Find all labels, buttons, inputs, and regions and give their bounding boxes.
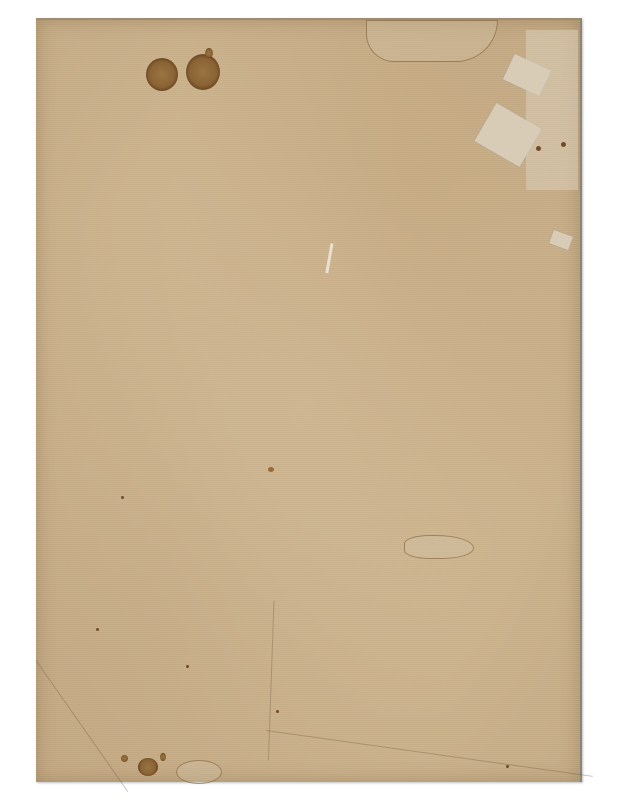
- coffee-stain: [160, 753, 166, 761]
- speck: [186, 665, 189, 668]
- speck: [536, 146, 541, 151]
- crease: [36, 660, 129, 792]
- coffee-stain: [138, 758, 158, 776]
- torn-corner: [548, 229, 574, 252]
- scratch: [325, 243, 333, 273]
- speck: [561, 142, 566, 147]
- coffee-stain: [121, 755, 128, 762]
- water-ring: [366, 20, 498, 62]
- speck: [276, 710, 279, 713]
- speck: [268, 467, 274, 472]
- crease: [268, 600, 275, 760]
- water-ring: [404, 535, 474, 559]
- speck: [121, 496, 124, 499]
- coffee-stain: [205, 48, 213, 58]
- aged-paper-sheet: [36, 18, 582, 782]
- speck: [96, 628, 99, 631]
- water-ring: [176, 760, 222, 784]
- torn-corner: [526, 30, 578, 190]
- crease: [266, 730, 593, 777]
- speck: [506, 765, 509, 768]
- coffee-stain: [186, 54, 220, 90]
- coffee-stain: [146, 58, 178, 91]
